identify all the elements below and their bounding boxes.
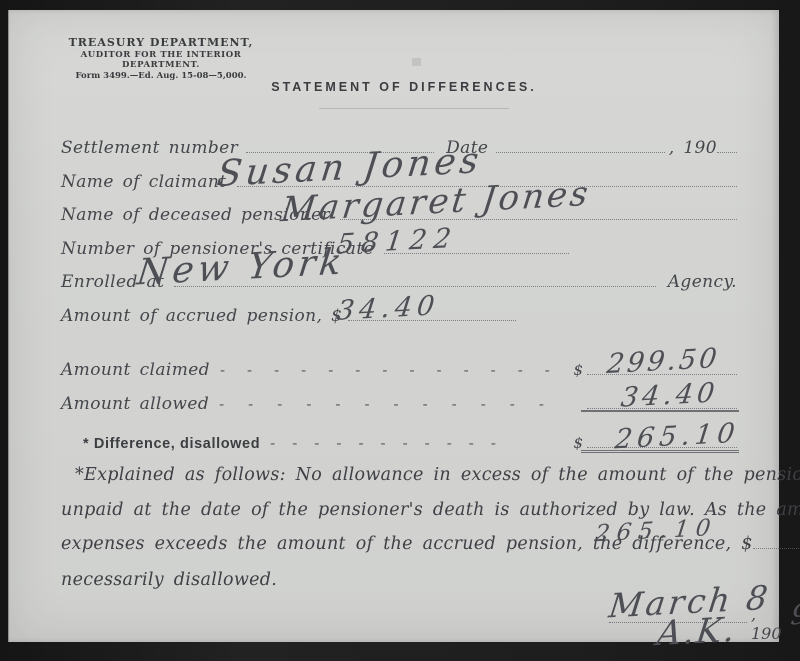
form-paper: TREASURY DEPARTMENT, AUDITOR FOR THE INT… bbox=[8, 10, 779, 642]
amount-claimed-label: Amount claimed bbox=[61, 360, 210, 380]
difference-label: * Difference, disallowed bbox=[83, 436, 260, 452]
dollar-sign: $ bbox=[573, 361, 583, 379]
handwritten-allowed-amount: 34.40 bbox=[619, 377, 720, 413]
dash-leader: ------------- bbox=[220, 361, 563, 379]
explanation-line-1: *Explained as follows: No allowance in e… bbox=[61, 465, 739, 485]
handwritten-initials: A.K. bbox=[655, 610, 739, 654]
dash-leader: ----------- bbox=[270, 434, 563, 452]
difference-inline-field bbox=[753, 536, 800, 549]
dash-leader: ------------ bbox=[219, 395, 577, 413]
department-name: TREASURY DEPARTMENT, bbox=[43, 36, 279, 49]
agency-header: TREASURY DEPARTMENT, AUDITOR FOR THE INT… bbox=[43, 36, 279, 81]
claimant-label: Name of claimant bbox=[61, 172, 227, 192]
year-prefix: , 190 bbox=[669, 138, 717, 158]
handwritten-claimed-amount: 299.50 bbox=[605, 343, 721, 380]
document-title: STATEMENT OF DIFFERENCES. bbox=[19, 80, 789, 94]
date-field bbox=[496, 138, 664, 153]
amount-allowed-label: Amount allowed bbox=[61, 394, 209, 414]
handwritten-certificate-number: 58122 bbox=[335, 223, 460, 261]
year-field bbox=[717, 138, 737, 153]
title-underline bbox=[319, 108, 509, 109]
settlement-number-label: Settlement number bbox=[61, 138, 238, 158]
auditor-line: AUDITOR FOR THE INTERIOR DEPARTMENT. bbox=[43, 50, 279, 70]
agency-suffix: Agency. bbox=[668, 272, 737, 292]
accrued-pension-label: Amount of accrued pension, $ bbox=[61, 306, 342, 326]
handwritten-accrued-amount: 34.40 bbox=[335, 290, 441, 327]
explanation-line-2: unpaid at the date of the pensioner's de… bbox=[61, 500, 739, 520]
scan-smudge bbox=[412, 58, 421, 66]
